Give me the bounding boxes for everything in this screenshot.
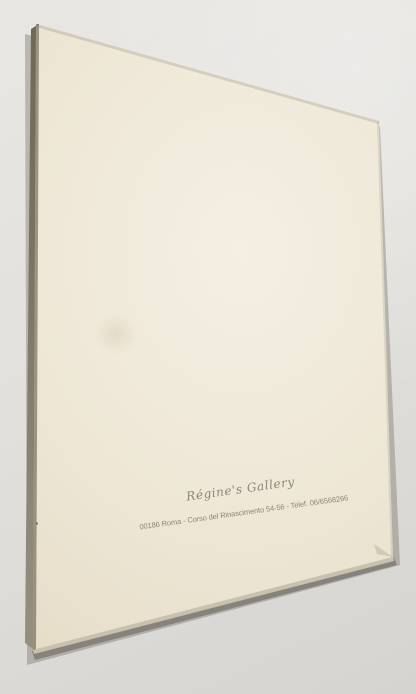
cover-stain [85,305,147,363]
book-back-cover: Régine's Gallery 00186 Roma - Corso del … [0,0,416,694]
cover-edge-shading [0,0,416,694]
photograph: Régine's Gallery 00186 Roma - Corso del … [0,0,416,694]
